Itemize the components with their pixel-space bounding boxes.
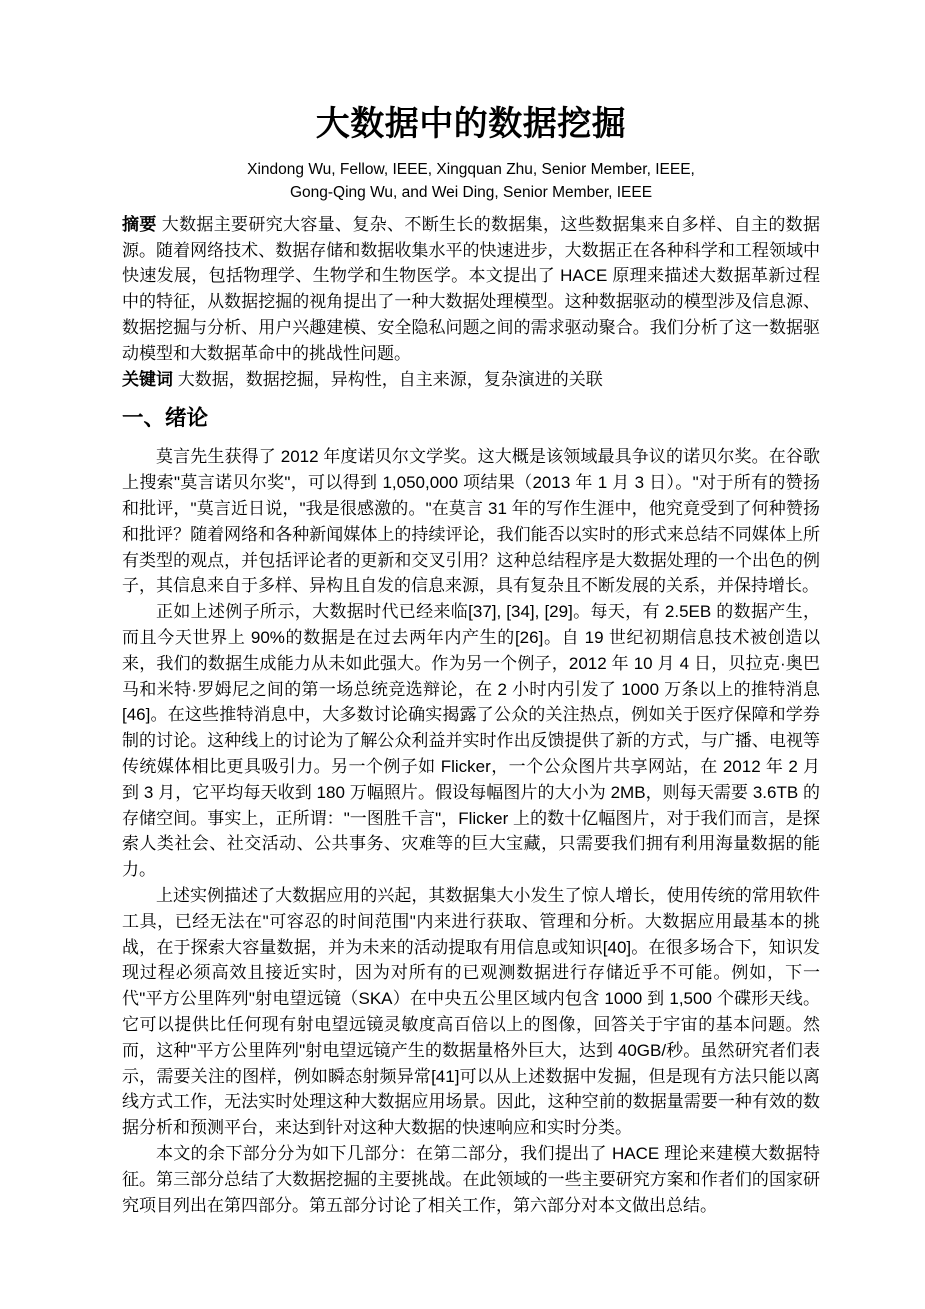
keywords-text: 大数据，数据挖掘，异构性，自主来源，复杂演进的关联 (178, 370, 603, 389)
introduction-paragraph-2: 正如上述例子所示，大数据时代已经来临[37], [34], [29]。每天，有 … (122, 599, 820, 883)
keywords-label: 关键词 (122, 370, 173, 389)
author-block: Xindong Wu, Fellow, IEEE, Xingquan Zhu, … (122, 158, 820, 204)
paper-title: 大数据中的数据挖掘 (122, 102, 820, 148)
introduction-paragraph-4: 本文的余下部分分为如下几部分：在第二部分，我们提出了 HACE 理论来建模大数据… (122, 1141, 820, 1218)
abstract-paragraph: 摘要 大数据主要研究大容量、复杂、不断生长的数据集，这些数据集来自多样、自主的数… (122, 212, 820, 367)
document-page: 大数据中的数据挖掘 Xindong Wu, Fellow, IEEE, Xing… (0, 0, 925, 1309)
author-line-1: Xindong Wu, Fellow, IEEE, Xingquan Zhu, … (122, 158, 820, 181)
abstract-label: 摘要 (122, 215, 157, 234)
abstract-text: 大数据主要研究大容量、复杂、不断生长的数据集，这些数据集来自多样、自主的数据源。… (122, 215, 820, 363)
author-line-2: Gong-Qing Wu, and Wei Ding, Senior Membe… (122, 181, 820, 204)
keywords-paragraph: 关键词 大数据，数据挖掘，异构性，自主来源，复杂演进的关联 (122, 367, 820, 393)
introduction-paragraph-3: 上述实例描述了大数据应用的兴起，其数据集大小发生了惊人增长，使用传统的常用软件工… (122, 883, 820, 1141)
section-heading-introduction: 一、绪论 (122, 403, 820, 433)
introduction-paragraph-1: 莫言先生获得了 2012 年度诺贝尔文学奖。这大概是该领域最具争议的诺贝尔奖。在… (122, 444, 820, 599)
document-content: 大数据中的数据挖掘 Xindong Wu, Fellow, IEEE, Xing… (122, 102, 820, 1218)
